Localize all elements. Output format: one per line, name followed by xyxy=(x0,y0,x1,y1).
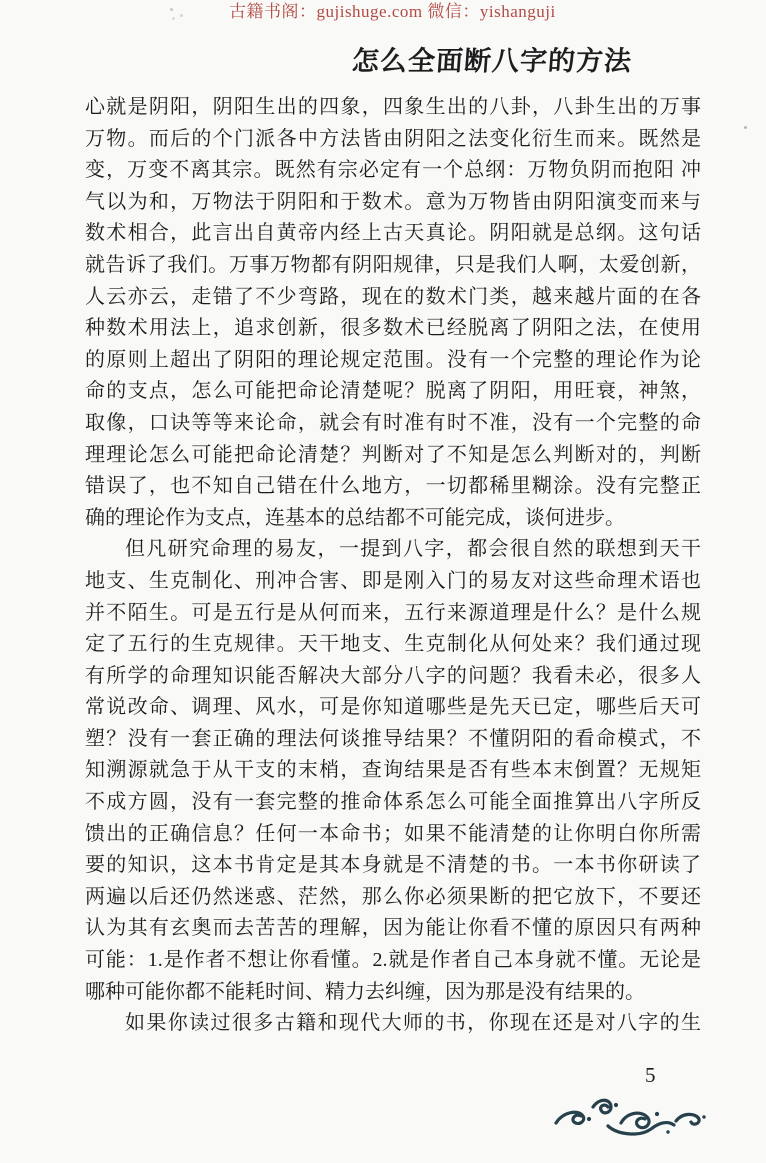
text-line: 心就是阴阳，阴阳生出的四象，四象生出的八卦，八卦生出的万事 xyxy=(85,92,701,124)
text-line: 命的支点，怎么可能把命论清楚呢？脱离了阴阳，用旺衰，神煞， xyxy=(85,376,701,408)
text-line: 理理论怎么可能把命论清楚？判断对了不知是怎么判断对的，判断 xyxy=(85,440,701,472)
text-line: 两遍以后还仍然迷惑、茫然，那么你必须果断的把它放下，不要还 xyxy=(85,882,701,914)
text-line: 人云亦云，走错了不少弯路，现在的数术门类，越来越片面的在各 xyxy=(85,282,701,314)
text-line: 并不陌生。可是五行是从何而来，五行来源道理是什么？是什么规 xyxy=(85,598,701,630)
text-line: 但凡研究命理的易友，一提到八字，都会很自然的联想到天干 xyxy=(85,534,701,566)
text-line: 种数术用法上，追求创新，很多数术已经脱离了阴阳之法，在使用 xyxy=(85,313,701,345)
text-line: 定了五行的生克规律。天干地支、生克制化从何处来？我们通过现 xyxy=(85,629,701,661)
text-line: 塑？没有一套正确的理法何谈推导结果？不懂阴阳的看命模式，不 xyxy=(85,724,701,756)
text-line: 可能：1.是作者不想让你看懂。2.就是作者自己本身就不懂。无论是 xyxy=(85,945,701,977)
scroll-flourish-icon xyxy=(550,1092,710,1140)
text-line: 如果你读过很多古籍和现代大师的书，你现在还是对八字的生 xyxy=(85,1008,701,1040)
scan-smudge xyxy=(170,8,173,11)
text-line: 哪种可能你都不能耗时间、精力去纠缠，因为那是没有结果的。 xyxy=(85,977,701,1009)
text-line: 数术相合，此言出自黄帝内经上古天真论。阴阳就是总纲。这句话 xyxy=(85,218,701,250)
text-line: 变，万变不离其宗。既然有宗必定有一个总纲：万物负阴而抱阳 冲 xyxy=(85,155,701,187)
page-number: 5 xyxy=(645,1062,656,1088)
text-line: 有所学的命理知识能否解决大部分八字的问题？我看未必，很多人 xyxy=(85,661,701,693)
text-line: 要的知识，这本书肯定是其本身就是不清楚的书。一本书你研读了 xyxy=(85,850,701,882)
text-line: 馈出的正确信息？任何一本命书；如果不能清楚的让你明白你所需 xyxy=(85,819,701,851)
text-line: 万物。而后的个门派各中方法皆由阴阳之法变化衍生而来。既然是 xyxy=(85,124,701,156)
text-line: 认为其有玄奥而去苦苦的理解，因为能让你看不懂的原因只有两种 xyxy=(85,913,701,945)
scanned-book-page: 古籍书阁：gujishuge.com 微信：yishanguji 怎么全面断八字… xyxy=(0,0,766,1163)
text-line: 不成方圆，没有一套完整的推命体系怎么可能全面推算出八字所反 xyxy=(85,787,701,819)
text-line: 气以为和，万物法于阴阳和于数术。意为万物皆由阴阳演变而来与 xyxy=(85,187,701,219)
text-line: 错误了，也不知自己错在什么地方，一切都稀里糊涂。没有完整正 xyxy=(85,471,701,503)
text-line: 取像，口诀等等来论命，就会有时准有时不准，没有一个完整的命 xyxy=(85,408,701,440)
text-line: 地支、生克制化、刑冲合害、即是刚入门的易友对这些命理术语也 xyxy=(85,566,701,598)
text-line: 常说改命、调理、风水，可是你知道哪些是先天已定，哪些后天可 xyxy=(85,692,701,724)
chapter-title: 怎么全面断八字的方法 xyxy=(351,45,633,77)
text-line: 确的理论作为支点，连基本的总结都不可能完成，谈何进步。 xyxy=(85,503,701,535)
text-line: 知溯源就急于从干支的末梢，查询结果是否有些本末倒置？无规矩 xyxy=(85,755,701,787)
watermark-header: 古籍书阁：gujishuge.com 微信：yishanguji xyxy=(229,2,556,22)
text-line: 就告诉了我们。万事万物都有阴阳规律，只是我们人啊，太爱创新， xyxy=(85,250,701,282)
scan-speck xyxy=(744,126,747,129)
body-text: 心就是阴阳，阴阳生出的四象，四象生出的八卦，八卦生出的万事万物。而后的个门派各中… xyxy=(85,92,701,1040)
text-line: 的原则上超出了阴阳的理论规定范围。没有一个完整的理论作为论 xyxy=(85,345,701,377)
